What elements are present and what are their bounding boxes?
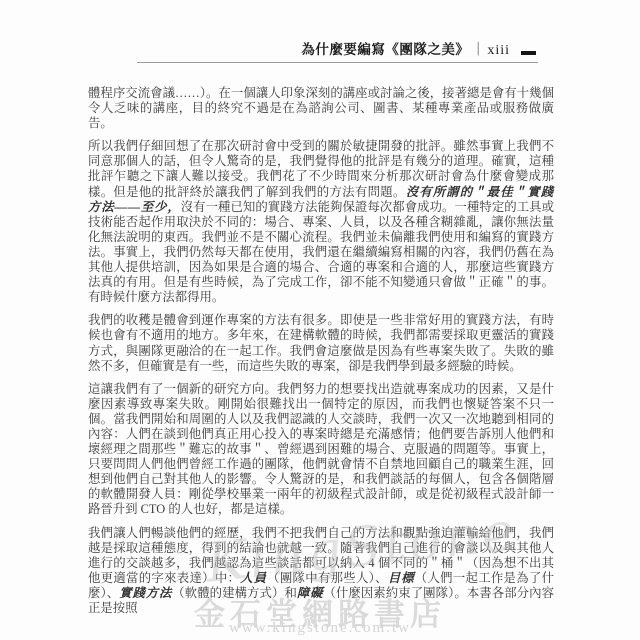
text-run: 我們的收穫是體會到運作專案的方法有很多。即使是一些非常好用的實踐方法，有時候也會… [88,313,554,372]
header-dash-ornament [521,51,536,55]
header-separator: ｜ [469,42,487,57]
paragraph-5: 我們讓人們暢談他們的經歷，我們不把我們自己的方法和觀點強迫灌輸給他們，我們越是採… [88,526,554,617]
emphasized-term-practices: 實踐方法 [119,586,172,600]
emphasized-term-obstacles: 障礙 [297,586,324,600]
text-run: 體程序交流會議……）。在一個讓人印象深刻的講座或討論之後，接著總是會有十幾個令人… [88,86,554,130]
book-page: 為什麼要編寫《團隊之美》｜xiii 體程序交流會議……）。在一個讓人印象深刻的講… [0,0,640,640]
header-rule [137,62,538,63]
running-head-title: 為什麼要編寫《團隊之美》 [301,42,469,57]
text-run: 沒有一種已知的實踐方法能夠保證每次都會成功。一種特定的工具或技術能否起作用取決於… [88,200,554,305]
text-run: 這讓我們有了一個新的研究方向。我們努力的想要找出造就專案成功的因素，又是什麼因素… [88,382,554,517]
paragraph-3: 我們的收穫是體會到運作專案的方法有很多。即使是一些非常好用的實踐方法，有時候也會… [88,313,554,373]
paragraph-2: 所以我們仔細回想了在那次研討會中受到的關於敏捷開發的批評。雖然事實上我們不同意那… [88,139,554,305]
running-head: 為什麼要編寫《團隊之美》｜xiii [137,38,538,59]
page-number: xiii [487,43,510,58]
paragraph-1: 體程序交流會議……）。在一個讓人印象深刻的講座或討論之後，接著總是會有十幾個令人… [88,86,554,131]
page-header: 為什麼要編寫《團隊之美》｜xiii [137,38,538,63]
page-body: 體程序交流會議……）。在一個讓人印象深刻的講座或討論之後，接著總是會有十幾個令人… [88,86,554,624]
paragraph-4: 這讓我們有了一個新的研究方向。我們努力的想要找出造就專案成功的因素，又是什麼因素… [88,382,554,518]
text-run: （軟體的建構方式）和 [172,586,297,600]
emphasized-term-goals: 目標 [388,571,415,585]
emphasized-term-people: 人員 [240,571,267,585]
text-run: （團隊中有那些人）、 [267,571,388,585]
